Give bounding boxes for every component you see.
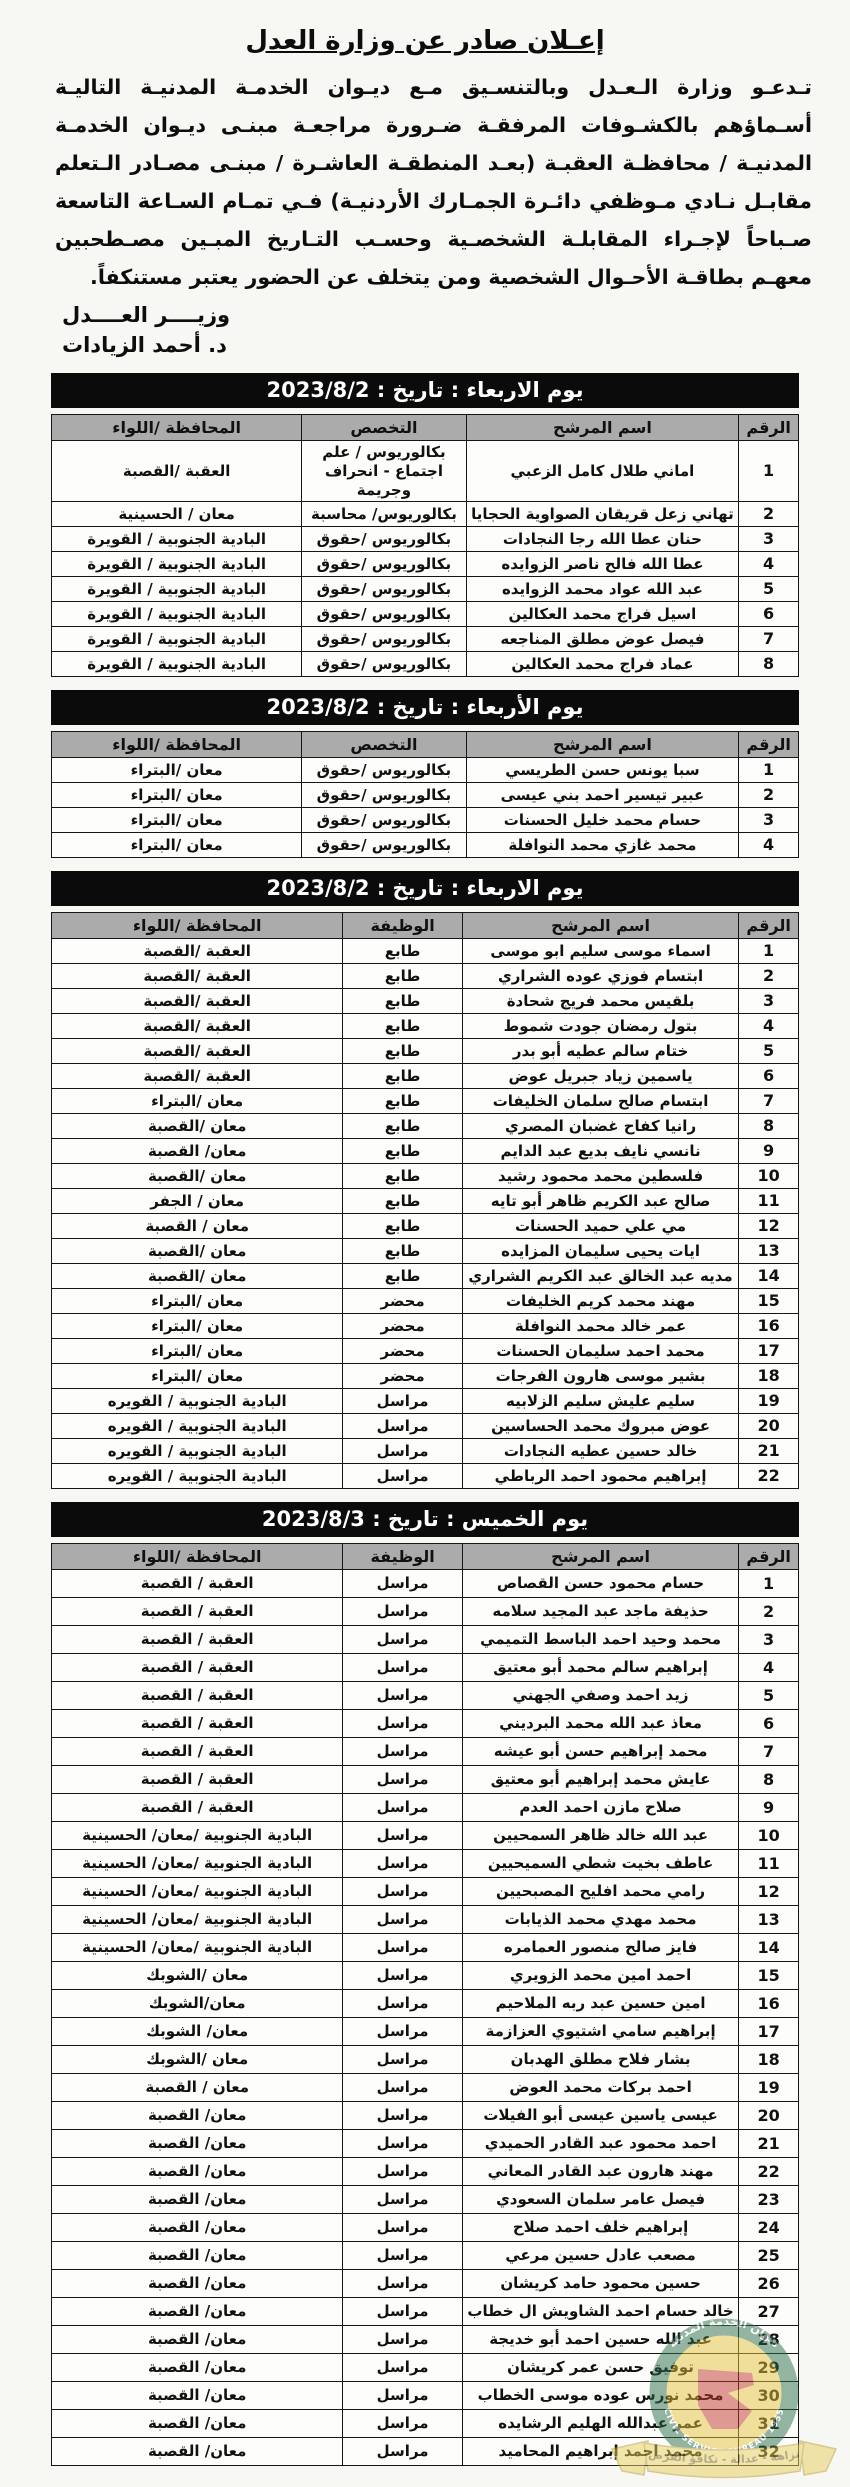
- candidate-name-cell: محمد نورس عوده موسى الخطاب: [462, 2382, 738, 2410]
- governorate-cell: معان/ القصبة: [52, 2270, 343, 2298]
- candidate-name-cell: سبا يونس حسن الطريسي: [466, 758, 739, 783]
- row-number-cell: 3: [739, 527, 799, 552]
- candidate-row: 21خالد حسين عطيه النجاداتمراسلالبادية ال…: [52, 1439, 799, 1464]
- candidate-name-cell: عطا الله فالح ناصر الزوايده: [466, 552, 739, 577]
- qualification-cell: بكالوريوس /حقوق: [302, 602, 466, 627]
- candidate-name-cell: معاذ عبد الله محمد البرديني: [462, 1710, 738, 1738]
- column-header: الوظيفة: [343, 1544, 463, 1570]
- row-number-cell: 2: [739, 964, 799, 989]
- row-number-cell: 26: [739, 2270, 799, 2298]
- governorate-cell: البادية الجنوبية / القويرة: [52, 627, 302, 652]
- governorate-cell: العقبة / القصبة: [52, 1598, 343, 1626]
- sections: يوم الاربعاء : تاريخ : 2023/8/2الرقماسم …: [0, 373, 850, 2466]
- qualification-cell: محضر: [343, 1314, 463, 1339]
- candidate-name-cell: مصعب عادل حسين مرعي: [462, 2242, 738, 2270]
- document-page: إعـلان صادر عن وزارة العدل تـدعـو وزارة …: [0, 0, 850, 2487]
- candidate-row: 6اسيل فراج محمد العكالينبكالوريوس /حقوقا…: [52, 602, 799, 627]
- candidate-name-cell: ياسمين زياد جبريل عوض: [462, 1064, 738, 1089]
- candidate-row: 14فايز صالح منصور العمامرهمراسلالبادية ا…: [52, 1934, 799, 1962]
- qualification-cell: طابع: [343, 1089, 463, 1114]
- row-number-cell: 1: [739, 758, 799, 783]
- governorate-cell: العقبة /القصبة: [52, 441, 302, 502]
- row-number-cell: 24: [739, 2214, 799, 2242]
- governorate-cell: معان /القصبة: [52, 1114, 343, 1139]
- row-number-cell: 25: [739, 2242, 799, 2270]
- governorate-cell: معان/ القصبة: [52, 2186, 343, 2214]
- candidate-name-cell: تهاني زعل قريقان الصواوية الحجايا: [466, 502, 739, 527]
- column-header: الرقم: [739, 415, 799, 441]
- governorate-cell: معان /البتراء: [52, 1314, 343, 1339]
- qualification-cell: مراسل: [343, 1682, 463, 1710]
- row-number-cell: 16: [739, 1314, 799, 1339]
- governorate-cell: معان / القصبة: [52, 1214, 343, 1239]
- candidate-name-cell: اسيل فراج محمد العكالين: [466, 602, 739, 627]
- candidate-name-cell: إبراهيم سالم محمد أبو معتيق: [462, 1654, 738, 1682]
- candidate-name-cell: رامي محمد افليح المصبحيين: [462, 1878, 738, 1906]
- candidates-table: الرقماسم المرشحالتخصصالمحافظة /اللواء1سب…: [51, 731, 799, 858]
- candidate-row: 23فيصل عامر سلمان السعوديمراسلمعان/ القص…: [52, 2186, 799, 2214]
- governorate-cell: العقبة / القصبة: [52, 1710, 343, 1738]
- governorate-cell: البادية الجنوبية / القويرة: [52, 552, 302, 577]
- row-number-cell: 8: [739, 652, 799, 677]
- qualification-cell: طابع: [343, 1014, 463, 1039]
- governorate-cell: معان/ الشوبك: [52, 2018, 343, 2046]
- governorate-cell: معان /البتراء: [52, 783, 302, 808]
- column-header: التخصص: [302, 415, 466, 441]
- governorate-cell: معان /القصبة: [52, 1264, 343, 1289]
- governorate-cell: البادية الجنوبية /معان/ الحسينية: [52, 1934, 343, 1962]
- row-number-cell: 3: [739, 1626, 799, 1654]
- qualification-cell: مراسل: [343, 1598, 463, 1626]
- signature-block: وزيــــر العــــدل د. أحمد الزيادات: [0, 300, 850, 360]
- candidates-table: الرقماسم المرشحالوظيفةالمحافظة /اللواء1ا…: [51, 912, 799, 1489]
- row-number-cell: 23: [739, 2186, 799, 2214]
- row-number-cell: 3: [739, 808, 799, 833]
- governorate-cell: البادية الجنوبية /معان/ الحسينية: [52, 1850, 343, 1878]
- governorate-cell: العقبة /القصبة: [52, 1064, 343, 1089]
- row-number-cell: 15: [739, 1962, 799, 1990]
- governorate-cell: العقبة /القصبة: [52, 1039, 343, 1064]
- governorate-cell: معان /البتراء: [52, 808, 302, 833]
- candidate-name-cell: إبراهيم سامي اشتيوي العزازمة: [462, 2018, 738, 2046]
- candidate-row: 1حسام محمود حسن القصاصمراسلالعقبة / القص…: [52, 1570, 799, 1598]
- candidate-name-cell: إبراهيم محمود احمد الرباطي: [462, 1464, 738, 1489]
- candidate-row: 1اسماء موسى سليم ابو موسىطابعالعقبة /الق…: [52, 939, 799, 964]
- qualification-cell: طابع: [343, 1039, 463, 1064]
- candidate-name-cell: مي علي حميد الحسنات: [462, 1214, 738, 1239]
- governorate-cell: معان/ القصبة: [52, 2382, 343, 2410]
- candidate-name-cell: خالد حسام احمد الشاويش ال خطاب: [462, 2298, 738, 2326]
- governorate-cell: العقبة /القصبة: [52, 989, 343, 1014]
- column-header: التخصص: [302, 732, 466, 758]
- candidate-row: 7ابتسام صالح سلمان الخليفاتطابعمعان /الب…: [52, 1089, 799, 1114]
- candidate-row: 15احمد امين محمد الزويريمراسلمعان /الشوب…: [52, 1962, 799, 1990]
- candidate-row: 3حنان عطا الله رجا النجاداتبكالوريوس /حق…: [52, 527, 799, 552]
- candidate-name-cell: عوض مبروك محمد الحساسين: [462, 1414, 738, 1439]
- qualification-cell: بكالوريوس / علم اجتماع - انحراف وجريمة: [302, 441, 466, 502]
- row-number-cell: 5: [739, 577, 799, 602]
- column-header: اسم المرشح: [466, 415, 739, 441]
- candidate-row: 10عبد الله خالد ظاهر السمحيينمراسلالبادي…: [52, 1822, 799, 1850]
- candidate-name-cell: خالد حسين عطيه النجادات: [462, 1439, 738, 1464]
- row-number-cell: 15: [739, 1289, 799, 1314]
- column-header: المحافظة /اللواء: [52, 732, 302, 758]
- candidate-name-cell: محمد مهدي محمد الذيابات: [462, 1906, 738, 1934]
- row-number-cell: 12: [739, 1214, 799, 1239]
- governorate-cell: معان /القصبة: [52, 1239, 343, 1264]
- candidate-name-cell: مهند محمد كريم الخليفات: [462, 1289, 738, 1314]
- candidate-row: 15مهند محمد كريم الخليفاتمحضرمعان /البتر…: [52, 1289, 799, 1314]
- governorate-cell: معان /البتراء: [52, 833, 302, 858]
- candidate-name-cell: عايش محمد إبراهيم أبو معتيق: [462, 1766, 738, 1794]
- candidate-name-cell: عبد الله حسين احمد أبو خديجة: [462, 2326, 738, 2354]
- row-number-cell: 4: [739, 1014, 799, 1039]
- qualification-cell: مراسل: [343, 2410, 463, 2438]
- governorate-cell: العقبة / القصبة: [52, 1570, 343, 1598]
- qualification-cell: بكالوريوس /حقوق: [302, 808, 466, 833]
- qualification-cell: بكالوريوس /حقوق: [302, 552, 466, 577]
- row-number-cell: 2: [739, 1598, 799, 1626]
- governorate-cell: البادية الجنوبية / القويره: [52, 1389, 343, 1414]
- candidate-name-cell: محمد وحيد احمد الباسط التميمي: [462, 1626, 738, 1654]
- qualification-cell: مراسل: [343, 2354, 463, 2382]
- qualification-cell: مراسل: [343, 2382, 463, 2410]
- candidate-name-cell: احمد محمود عبد القادر الحميدي: [462, 2130, 738, 2158]
- column-header: المحافظة /اللواء: [52, 1544, 343, 1570]
- row-number-cell: 1: [739, 1570, 799, 1598]
- candidate-row: 21احمد محمود عبد القادر الحميديمراسلمعان…: [52, 2130, 799, 2158]
- candidate-name-cell: حذيفة ماجد عبد المجيد سلامه: [462, 1598, 738, 1626]
- qualification-cell: مراسل: [343, 1654, 463, 1682]
- candidate-name-cell: حسام محمد خليل الحسنات: [466, 808, 739, 833]
- governorate-cell: معان/ القصبة: [52, 2354, 343, 2382]
- candidate-row: 9صلاح مازن احمد العدممراسلالعقبة / القصب…: [52, 1794, 799, 1822]
- candidate-name-cell: بشار فلاح مطلق الهدبان: [462, 2046, 738, 2074]
- row-number-cell: 6: [739, 1710, 799, 1738]
- candidate-name-cell: عمر عبدالله الهليم الرشايده: [462, 2410, 738, 2438]
- candidate-name-cell: نانسي نايف بديع عبد الدايم: [462, 1139, 738, 1164]
- governorate-cell: العقبة / القصبة: [52, 1766, 343, 1794]
- row-number-cell: 17: [739, 2018, 799, 2046]
- candidate-row: 17محمد احمد سليمان الحسناتمحضرمعان /البت…: [52, 1339, 799, 1364]
- candidates-table: الرقماسم المرشحالتخصصالمحافظة /اللواء1ام…: [51, 414, 799, 677]
- row-number-cell: 22: [739, 2158, 799, 2186]
- governorate-cell: معان / القصبة: [52, 2074, 343, 2102]
- row-number-cell: 13: [739, 1239, 799, 1264]
- row-number-cell: 16: [739, 1990, 799, 2018]
- candidate-row: 14مديه عبد الخالق عبد الكريم الشراريطابع…: [52, 1264, 799, 1289]
- candidate-name-cell: امين حسين عبد ربه الملاحيم: [462, 1990, 738, 2018]
- qualification-cell: طابع: [343, 1239, 463, 1264]
- candidate-row: 18بشار فلاح مطلق الهدبانمراسلمعان /الشوب…: [52, 2046, 799, 2074]
- candidate-row: 24إبراهيم خلف احمد صلاحمراسلمعان/ القصبة: [52, 2214, 799, 2242]
- governorate-cell: البادية الجنوبية / القويرة: [52, 652, 302, 677]
- row-number-cell: 21: [739, 2130, 799, 2158]
- row-number-cell: 9: [739, 1794, 799, 1822]
- qualification-cell: طابع: [343, 1114, 463, 1139]
- candidate-row: 7فيصل عوض مطلق المناجعهبكالوريوس /حقوقال…: [52, 627, 799, 652]
- row-number-cell: 13: [739, 1906, 799, 1934]
- candidate-row: 19احمد بركات محمد العوضمراسلمعان / القصب…: [52, 2074, 799, 2102]
- row-number-cell: 1: [739, 441, 799, 502]
- governorate-cell: البادية الجنوبية /معان/ الحسينية: [52, 1906, 343, 1934]
- qualification-cell: طابع: [343, 1264, 463, 1289]
- candidate-row: 31عمر عبدالله الهليم الرشايدهمراسلمعان/ …: [52, 2410, 799, 2438]
- qualification-cell: طابع: [343, 964, 463, 989]
- governorate-cell: البادية الجنوبية /معان/ الحسينية: [52, 1878, 343, 1906]
- governorate-cell: معان / الحسينية: [52, 502, 302, 527]
- governorate-cell: البادية الجنوبية / القويره: [52, 1464, 343, 1489]
- row-number-cell: 8: [739, 1766, 799, 1794]
- qualification-cell: مراسل: [343, 1710, 463, 1738]
- candidate-row: 6ياسمين زياد جبريل عوضطابعالعقبة /القصبة: [52, 1064, 799, 1089]
- candidate-name-cell: فلسطين محمد محمود رشيد: [462, 1164, 738, 1189]
- candidate-row: 1سبا يونس حسن الطريسيبكالوريوس /حقوقمعان…: [52, 758, 799, 783]
- candidate-name-cell: محمد احمد سليمان الحسنات: [462, 1339, 738, 1364]
- candidate-row: 3محمد وحيد احمد الباسط التميميمراسلالعقب…: [52, 1626, 799, 1654]
- qualification-cell: بكالوريوس /حقوق: [302, 577, 466, 602]
- candidate-row: 16عمر خالد محمد النوافلةمحضرمعان /البترا…: [52, 1314, 799, 1339]
- candidate-name-cell: محمد احمد إبراهيم المحاميد: [462, 2438, 738, 2466]
- qualification-cell: مراسل: [343, 1414, 463, 1439]
- row-number-cell: 19: [739, 2074, 799, 2102]
- qualification-cell: بكالوريوس /حقوق: [302, 783, 466, 808]
- qualification-cell: محضر: [343, 1364, 463, 1389]
- qualification-cell: مراسل: [343, 2130, 463, 2158]
- candidate-name-cell: ابتسام صالح سلمان الخليفات: [462, 1089, 738, 1114]
- candidate-row: 3بلقيس محمد فريج شحادةطابعالعقبة /القصبة: [52, 989, 799, 1014]
- qualification-cell: بكالوريوس /حقوق: [302, 652, 466, 677]
- row-number-cell: 31: [739, 2410, 799, 2438]
- governorate-cell: معان /البتراء: [52, 1339, 343, 1364]
- qualification-cell: مراسل: [343, 1766, 463, 1794]
- row-number-cell: 32: [739, 2438, 799, 2466]
- governorate-cell: معان/ القصبة: [52, 2102, 343, 2130]
- candidate-row: 30محمد نورس عوده موسى الخطابمراسلمعان/ ا…: [52, 2382, 799, 2410]
- candidate-row: 22إبراهيم محمود احمد الرباطيمراسلالبادية…: [52, 1464, 799, 1489]
- qualification-cell: طابع: [343, 1064, 463, 1089]
- governorate-cell: العقبة /القصبة: [52, 964, 343, 989]
- governorate-cell: العقبة / القصبة: [52, 1654, 343, 1682]
- qualification-cell: مراسل: [343, 1990, 463, 2018]
- governorate-cell: البادية الجنوبية / القويرة: [52, 527, 302, 552]
- candidate-row: 12مي علي حميد الحسناتطابعمعان / القصبة: [52, 1214, 799, 1239]
- qualification-cell: بكالوريوس /حقوق: [302, 627, 466, 652]
- governorate-cell: العقبة / القصبة: [52, 1794, 343, 1822]
- table-header-row: الرقماسم المرشحالوظيفةالمحافظة /اللواء: [52, 913, 799, 939]
- row-number-cell: 4: [739, 552, 799, 577]
- candidate-name-cell: إبراهيم خلف احمد صلاح: [462, 2214, 738, 2242]
- governorate-cell: معان /البتراء: [52, 1089, 343, 1114]
- governorate-cell: البادية الجنوبية / القويرة: [52, 577, 302, 602]
- candidate-row: 4إبراهيم سالم محمد أبو معتيقمراسلالعقبة …: [52, 1654, 799, 1682]
- candidate-row: 32محمد احمد إبراهيم المحاميدمراسلمعان/ ا…: [52, 2438, 799, 2466]
- row-number-cell: 7: [739, 1089, 799, 1114]
- row-number-cell: 12: [739, 1878, 799, 1906]
- candidate-name-cell: عبير تيسير احمد بني عيسى: [466, 783, 739, 808]
- table-header-row: الرقماسم المرشحالتخصصالمحافظة /اللواء: [52, 415, 799, 441]
- candidate-row: 11عاطف بخيت شطي السميحيينمراسلالبادية ال…: [52, 1850, 799, 1878]
- qualification-cell: طابع: [343, 1164, 463, 1189]
- qualification-cell: طابع: [343, 1214, 463, 1239]
- row-number-cell: 14: [739, 1934, 799, 1962]
- column-header: الرقم: [739, 1544, 799, 1570]
- qualification-cell: مراسل: [343, 2270, 463, 2298]
- candidate-row: 4محمد غازي محمد النوافلةبكالوريوس /حقوقم…: [52, 833, 799, 858]
- candidate-name-cell: بشير موسى هارون الفرجات: [462, 1364, 738, 1389]
- candidate-row: 2ابتسام فوزي عوده الشراريطابعالعقبة /الق…: [52, 964, 799, 989]
- row-number-cell: 5: [739, 1039, 799, 1064]
- qualification-cell: مراسل: [343, 1906, 463, 1934]
- governorate-cell: البادية الجنوبية / القويرة: [52, 602, 302, 627]
- row-number-cell: 4: [739, 1654, 799, 1682]
- candidate-row: 19سليم عليش سليم الزلابيهمراسلالبادية ال…: [52, 1389, 799, 1414]
- row-number-cell: 27: [739, 2298, 799, 2326]
- candidate-row: 20عيسى ياسين عيسى أبو الفيلاتمراسلمعان/ …: [52, 2102, 799, 2130]
- candidate-name-cell: زيد احمد وصفي الجهني: [462, 1682, 738, 1710]
- qualification-cell: طابع: [343, 939, 463, 964]
- governorate-cell: معان/ القصبة: [52, 2158, 343, 2186]
- qualification-cell: طابع: [343, 1189, 463, 1214]
- governorate-cell: معان /الشوبك: [52, 2046, 343, 2074]
- qualification-cell: مراسل: [343, 1794, 463, 1822]
- column-header: الرقم: [739, 732, 799, 758]
- candidate-row: 11صالح عبد الكريم ظاهر أبو تايهطابعمعان …: [52, 1189, 799, 1214]
- candidate-row: 28عبد الله حسين احمد أبو خديجةمراسلمعان/…: [52, 2326, 799, 2354]
- row-number-cell: 6: [739, 1064, 799, 1089]
- page-title: إعـلان صادر عن وزارة العدل: [0, 26, 850, 56]
- qualification-cell: مراسل: [343, 2102, 463, 2130]
- candidate-name-cell: حسام محمود حسن القصاص: [462, 1570, 738, 1598]
- candidate-name-cell: صلاح مازن احمد العدم: [462, 1794, 738, 1822]
- candidate-row: 8رانيا كفاح غضبان المصريطابعمعان /القصبة: [52, 1114, 799, 1139]
- candidate-name-cell: احمد امين محمد الزويري: [462, 1962, 738, 1990]
- candidate-name-cell: بتول رمضان جودت شموط: [462, 1014, 738, 1039]
- governorate-cell: العقبة / القصبة: [52, 1682, 343, 1710]
- candidate-row: 18بشير موسى هارون الفرجاتمحضرمعان /البتر…: [52, 1364, 799, 1389]
- row-number-cell: 10: [739, 1822, 799, 1850]
- candidate-name-cell: محمد إبراهيم حسن أبو عيشه: [462, 1738, 738, 1766]
- candidate-name-cell: توفيق حسن عمر كريشان: [462, 2354, 738, 2382]
- qualification-cell: مراسل: [343, 2438, 463, 2466]
- qualification-cell: مراسل: [343, 1850, 463, 1878]
- row-number-cell: 20: [739, 1414, 799, 1439]
- candidate-name-cell: عيسى ياسين عيسى أبو الفيلات: [462, 2102, 738, 2130]
- row-number-cell: 29: [739, 2354, 799, 2382]
- candidate-name-cell: صالح عبد الكريم ظاهر أبو تايه: [462, 1189, 738, 1214]
- qualification-cell: مراسل: [343, 1822, 463, 1850]
- governorate-cell: معان/ القصبة: [52, 1139, 343, 1164]
- qualification-cell: مراسل: [343, 1570, 463, 1598]
- qualification-cell: مراسل: [343, 2186, 463, 2214]
- candidate-row: 2تهاني زعل قريقان الصواوية الحجايابكالور…: [52, 502, 799, 527]
- governorate-cell: معان/ القصبة: [52, 2242, 343, 2270]
- candidate-row: 13ايات يحيى سليمان المزايدهطابعمعان /الق…: [52, 1239, 799, 1264]
- qualification-cell: مراسل: [343, 1878, 463, 1906]
- candidate-row: 27خالد حسام احمد الشاويش ال خطابمراسلمعا…: [52, 2298, 799, 2326]
- candidate-row: 17إبراهيم سامي اشتيوي العزازمةمراسلمعان/…: [52, 2018, 799, 2046]
- governorate-cell: معان /الشوبك: [52, 1962, 343, 1990]
- candidate-row: 5عبد الله عواد محمد الزوايدهبكالوريوس /ح…: [52, 577, 799, 602]
- qualification-cell: مراسل: [343, 1934, 463, 1962]
- row-number-cell: 5: [739, 1682, 799, 1710]
- row-number-cell: 1: [739, 939, 799, 964]
- qualification-cell: طابع: [343, 989, 463, 1014]
- day-date-banner: يوم الخميس : تاريخ : 2023/8/3: [51, 1502, 799, 1537]
- column-header: الوظيفة: [343, 913, 463, 939]
- qualification-cell: طابع: [343, 1139, 463, 1164]
- governorate-cell: معان /البتراء: [52, 758, 302, 783]
- candidate-name-cell: عمر خالد محمد النوافلة: [462, 1314, 738, 1339]
- qualification-cell: بكالوريوس/ محاسبة: [302, 502, 466, 527]
- row-number-cell: 2: [739, 783, 799, 808]
- governorate-cell: معان /القصبة: [52, 1164, 343, 1189]
- candidate-row: 1اماني طلال كامل الزعبيبكالوريوس / علم ا…: [52, 441, 799, 502]
- governorate-cell: معان/ القصبة: [52, 2298, 343, 2326]
- signature-role: وزيــــر العــــدل: [62, 300, 850, 330]
- candidate-name-cell: ختام سالم عطيه أبو بدر: [462, 1039, 738, 1064]
- row-number-cell: 10: [739, 1164, 799, 1189]
- governorate-cell: العقبة / القصبة: [52, 1738, 343, 1766]
- row-number-cell: 4: [739, 833, 799, 858]
- candidate-row: 16امين حسين عبد ربه الملاحيممراسلمعان/ال…: [52, 1990, 799, 2018]
- candidate-row: 10فلسطين محمد محمود رشيدطابعمعان /القصبة: [52, 1164, 799, 1189]
- candidate-name-cell: مهند هارون عبد القادر المعاني: [462, 2158, 738, 2186]
- candidate-name-cell: اماني طلال كامل الزعبي: [466, 441, 739, 502]
- row-number-cell: 30: [739, 2382, 799, 2410]
- intro-paragraph: تـدعـو وزارة الـعـدل وبالتنسـيق مـع ديـو…: [55, 68, 812, 296]
- row-number-cell: 9: [739, 1139, 799, 1164]
- governorate-cell: العقبة /القصبة: [52, 939, 343, 964]
- candidate-name-cell: ايات يحيى سليمان المزايده: [462, 1239, 738, 1264]
- qualification-cell: محضر: [343, 1289, 463, 1314]
- candidates-table: الرقماسم المرشحالوظيفةالمحافظة /اللواء1ح…: [51, 1543, 799, 2466]
- candidate-row: 2عبير تيسير احمد بني عيسىبكالوريوس /حقوق…: [52, 783, 799, 808]
- qualification-cell: بكالوريوس /حقوق: [302, 833, 466, 858]
- governorate-cell: معان /البتراء: [52, 1364, 343, 1389]
- candidate-row: 29توفيق حسن عمر كريشانمراسلمعان/ القصبة: [52, 2354, 799, 2382]
- governorate-cell: العقبة /القصبة: [52, 1014, 343, 1039]
- governorate-cell: معان/ القصبة: [52, 2438, 343, 2466]
- candidate-row: 20عوض مبروك محمد الحساسينمراسلالبادية ال…: [52, 1414, 799, 1439]
- qualification-cell: مراسل: [343, 2046, 463, 2074]
- column-header: اسم المرشح: [462, 913, 738, 939]
- row-number-cell: 21: [739, 1439, 799, 1464]
- candidate-row: 22مهند هارون عبد القادر المعانيمراسلمعان…: [52, 2158, 799, 2186]
- candidate-row: 12رامي محمد افليح المصبحيينمراسلالبادية …: [52, 1878, 799, 1906]
- candidate-name-cell: احمد بركات محمد العوض: [462, 2074, 738, 2102]
- qualification-cell: مراسل: [343, 2018, 463, 2046]
- candidate-name-cell: سليم عليش سليم الزلابيه: [462, 1389, 738, 1414]
- row-number-cell: 3: [739, 989, 799, 1014]
- candidate-row: 3حسام محمد خليل الحسناتبكالوريوس /حقوقمع…: [52, 808, 799, 833]
- governorate-cell: البادية الجنوبية / القويره: [52, 1414, 343, 1439]
- row-number-cell: 18: [739, 2046, 799, 2074]
- qualification-cell: مراسل: [343, 1389, 463, 1414]
- qualification-cell: مراسل: [343, 2298, 463, 2326]
- qualification-cell: مراسل: [343, 2074, 463, 2102]
- qualification-cell: مراسل: [343, 2242, 463, 2270]
- candidate-name-cell: اسماء موسى سليم ابو موسى: [462, 939, 738, 964]
- governorate-cell: معان/الشوبك: [52, 1990, 343, 2018]
- qualification-cell: محضر: [343, 1339, 463, 1364]
- row-number-cell: 7: [739, 627, 799, 652]
- day-date-banner: يوم الأربعاء : تاريخ : 2023/8/2: [51, 690, 799, 725]
- day-date-banner: يوم الاربعاء : تاريخ : 2023/8/2: [51, 871, 799, 906]
- candidate-row: 25مصعب عادل حسين مرعيمراسلمعان/ القصبة: [52, 2242, 799, 2270]
- candidate-row: 4عطا الله فالح ناصر الزوايدهبكالوريوس /ح…: [52, 552, 799, 577]
- governorate-cell: معان/ القصبة: [52, 2214, 343, 2242]
